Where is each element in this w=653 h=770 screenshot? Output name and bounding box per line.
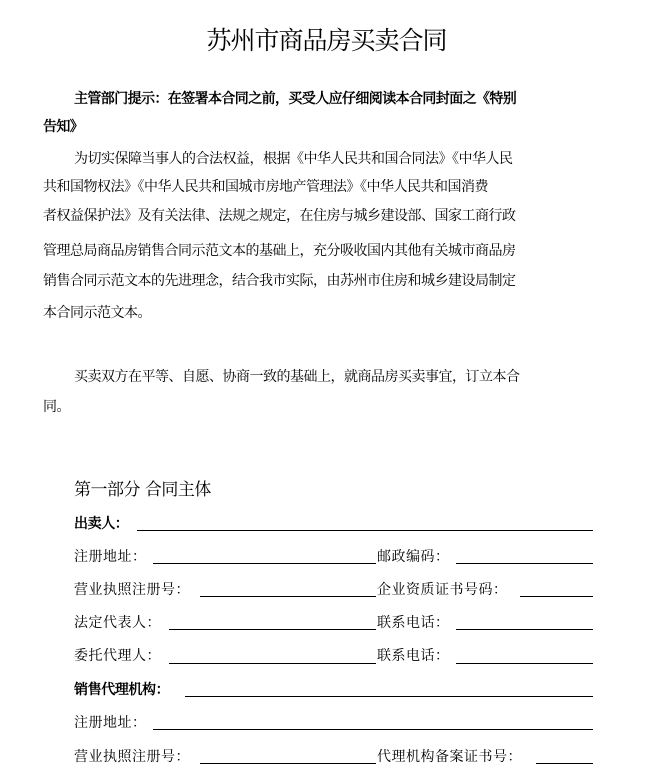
sales-agency-registered-address-label: 注册地址： [74, 713, 147, 733]
seller-registered-address-label: 注册地址： [74, 547, 147, 567]
document-title: 苏州市商品房买卖合同 [0, 24, 653, 58]
seller-legal-rep-label: 法定代表人： [74, 613, 161, 633]
seller-business-license-label: 营业执照注册号： [74, 580, 190, 600]
seller-business-license-blank[interactable] [200, 596, 376, 597]
notice-line-1: 主管部门提示：在签署本合同之前，买受人应仔细阅读本合同封面之《特别 [74, 89, 516, 109]
part1-heading: 第一部分 合同主体 [74, 479, 211, 501]
seller-postal-code-label: 邮政编码： [377, 547, 450, 567]
seller-qualification-cert-label: 企业资质证书号码： [377, 580, 508, 600]
sales-agency-filing-cert-label: 代理机构备案证书号： [377, 747, 522, 767]
sales-agency-blank[interactable] [185, 696, 593, 697]
seller-blank[interactable] [137, 530, 593, 531]
agreement-line-1: 买卖双方在平等、自愿、协商一致的基础上，就商品房买卖事宜，订立本合 [74, 367, 520, 387]
preamble-line-3: 者权益保护法》及有关法律、法规之规定，在住房与城乡建设部、国家工商行政 [43, 206, 516, 226]
seller-legal-rep-blank[interactable] [169, 629, 376, 630]
seller-legal-rep-phone-blank[interactable] [456, 629, 593, 630]
seller-agent-phone-blank[interactable] [456, 663, 593, 664]
seller-agent-phone-label: 联系电话： [377, 646, 450, 666]
seller-qualification-cert-blank[interactable] [520, 596, 593, 597]
preamble-line-2: 共和国物权法》《中华人民共和国城市房地产管理法》《中华人民共和国消费 [43, 177, 488, 197]
seller-agent-blank[interactable] [169, 663, 376, 664]
seller-agent-label: 委托代理人： [74, 646, 161, 666]
seller-label: 出卖人： [74, 514, 128, 534]
sales-agency-business-license-label: 营业执照注册号： [74, 747, 190, 767]
seller-postal-code-blank[interactable] [456, 563, 593, 564]
sales-agency-business-license-blank[interactable] [200, 763, 376, 764]
sales-agency-label: 销售代理机构： [74, 680, 169, 700]
seller-legal-rep-phone-label: 联系电话： [377, 613, 450, 633]
preamble-line-5: 销售合同示范文本的先进理念，结合我市实际，由苏州市住房和城乡建设局制定 [43, 271, 516, 291]
sales-agency-filing-cert-blank[interactable] [536, 763, 593, 764]
preamble-line-4: 管理总局商品房销售合同示范文本的基础上，充分吸收国内其他有关城市商品房 [43, 241, 516, 261]
agreement-line-2: 同。 [43, 397, 70, 417]
seller-registered-address-blank[interactable] [153, 563, 376, 564]
preamble-line-6: 本合同示范文本。 [43, 303, 151, 323]
notice-line-2: 告知》 [43, 117, 83, 137]
sales-agency-registered-address-blank[interactable] [153, 729, 593, 730]
preamble-line-1: 为切实保障当事人的合法权益，根据《中华人民共和国合同法》《中华人民 [74, 149, 513, 169]
